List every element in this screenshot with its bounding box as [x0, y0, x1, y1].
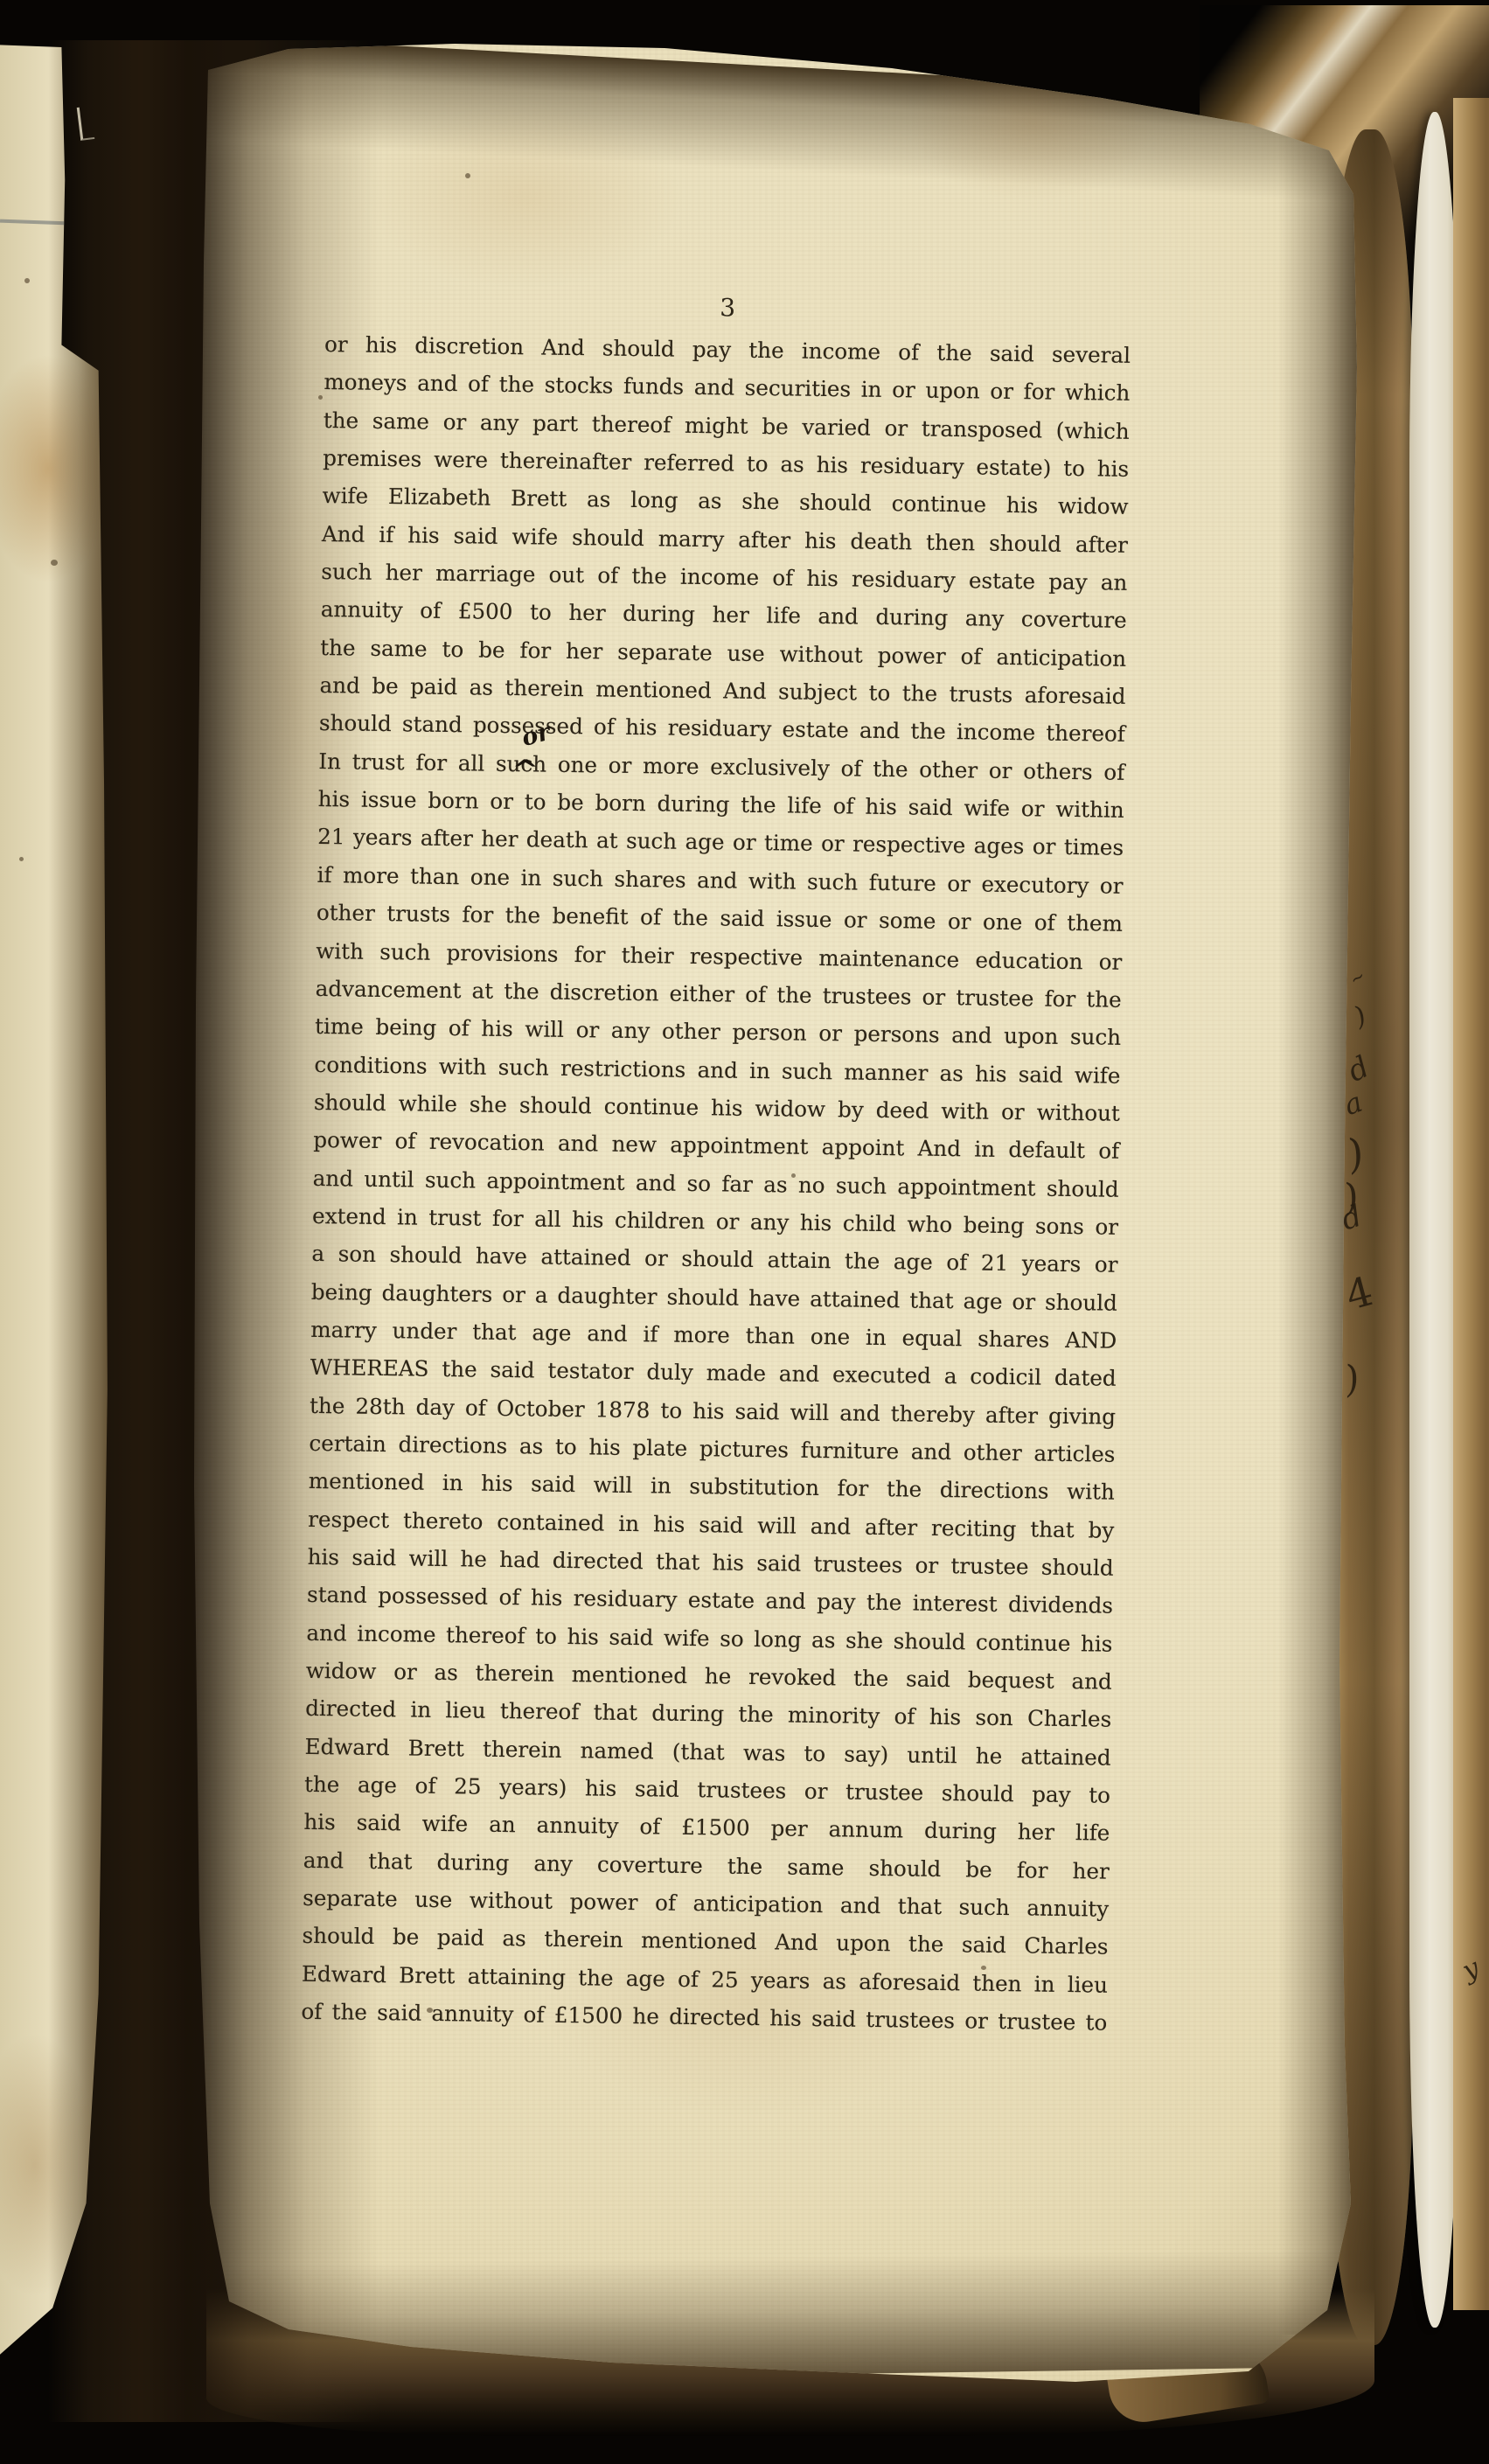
- left-page-seam-line: [0, 219, 66, 226]
- paper-speck: [24, 278, 30, 283]
- page-content: 3 or his discretion And should pay the i…: [301, 285, 1131, 2042]
- paper-speck: [318, 395, 323, 400]
- margin-pen-mark: [77, 106, 95, 141]
- page-stack-tan-edge: y: [1453, 98, 1489, 2310]
- ink-mark: y: [1459, 1955, 1484, 1985]
- paper-speck: [465, 173, 470, 178]
- paper-speck: [51, 560, 58, 566]
- book-photograph: { "document": { "page_number": "3", "lin…: [0, 0, 1489, 2464]
- paper-speck: [19, 857, 24, 861]
- body-text: or his discretion And should pay the inc…: [301, 325, 1131, 2042]
- left-page-stack: [0, 40, 112, 2366]
- left-page-stain: [0, 2034, 96, 2296]
- insertion-caret-mark: ^: [511, 755, 539, 785]
- left-page-stain: [0, 355, 114, 582]
